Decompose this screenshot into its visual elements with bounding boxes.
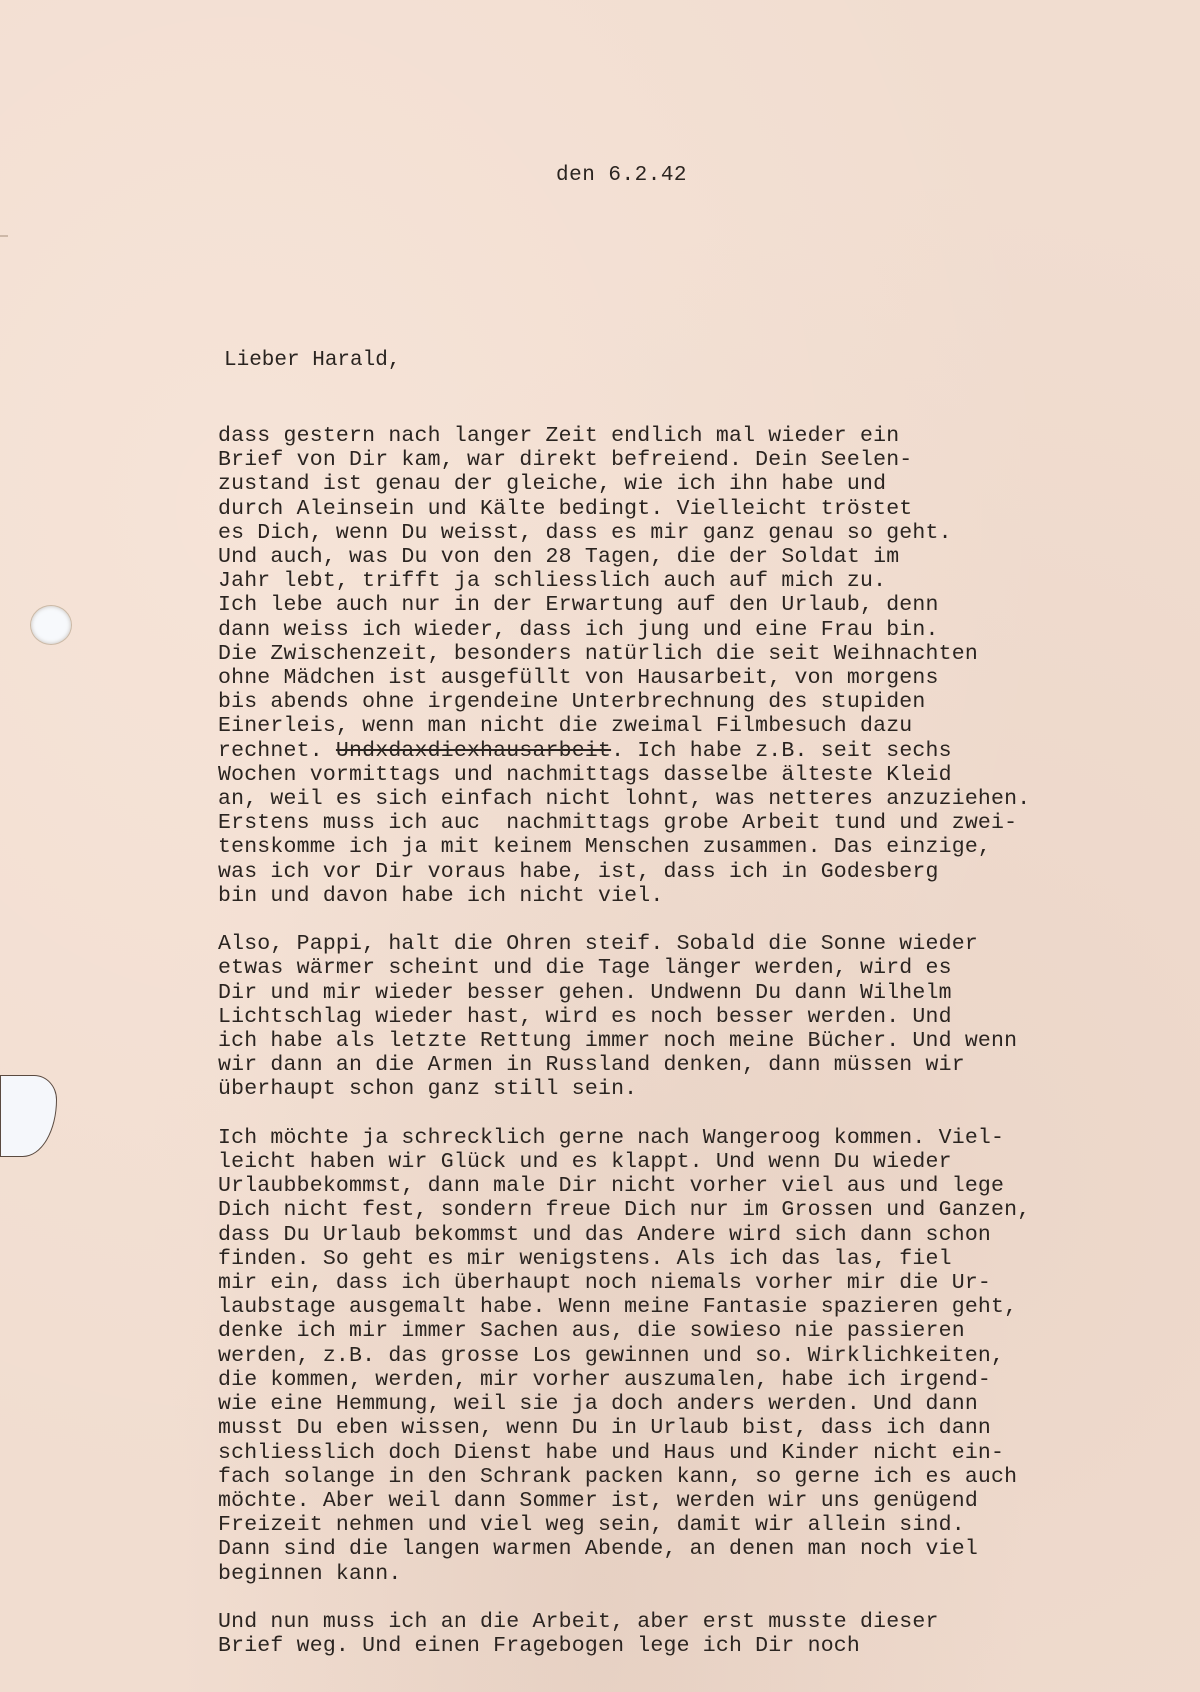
text-line: Dann sind die langen warmen Abende, an d… (218, 1537, 1178, 1561)
paragraph-1: dass gestern nach langer Zeit endlich ma… (218, 424, 1178, 908)
text-line: rechnet. Undxdaxdiexhausarbeit. Ich habe… (218, 739, 1178, 763)
salutation: Lieber Harald, (224, 349, 400, 372)
text-line: Die Zwischenzeit, besonders natürlich di… (218, 642, 1178, 666)
text-line: beginnen kann. (218, 1562, 1178, 1586)
text-line: dass gestern nach langer Zeit endlich ma… (218, 424, 1178, 448)
text-line: Dich nicht fest, sondern freue Dich nur … (218, 1198, 1178, 1222)
text-line: wie eine Hemmung, weil sie ja doch ander… (218, 1392, 1178, 1416)
text-line: Und nun muss ich an die Arbeit, aber ers… (218, 1610, 1178, 1634)
text-line: mir ein, dass ich überhaupt noch niemals… (218, 1271, 1178, 1295)
text-line: die kommen, werden, mir vorher auszumale… (218, 1368, 1178, 1392)
text-line: dann weiss ich wieder, dass ich jung und… (218, 618, 1178, 642)
text-line: überhaupt schon ganz still sein. (218, 1077, 1178, 1101)
text-line: Ich lebe auch nur in der Erwartung auf d… (218, 593, 1178, 617)
text-line: denke ich mir immer Sachen aus, die sowi… (218, 1319, 1178, 1343)
text-line: ohne Mädchen ist ausgefüllt von Hausarbe… (218, 666, 1178, 690)
text-line: fach solange in den Schrank packen kann,… (218, 1465, 1178, 1489)
text-line: Jahr lebt, trifft ja schliesslich auch a… (218, 569, 1178, 593)
text-line: bin und davon habe ich nicht viel. (218, 884, 1178, 908)
letter-body: dass gestern nach langer Zeit endlich ma… (218, 424, 1178, 1683)
text-line: Urlaubbekommst, dann male Dir nicht vorh… (218, 1174, 1178, 1198)
text-line: Brief von Dir kam, war direkt befreiend.… (218, 448, 1178, 472)
paper-tear (0, 1075, 57, 1157)
paragraph-3: Ich möchte ja schrecklich gerne nach Wan… (218, 1126, 1178, 1586)
text-line: möchte. Aber weil dann Sommer ist, werde… (218, 1489, 1178, 1513)
text-line: wir dann an die Armen in Russland denken… (218, 1053, 1178, 1077)
paper-mark (0, 235, 8, 237)
text-line: es Dich, wenn Du weisst, dass es mir gan… (218, 521, 1178, 545)
text-line: Erstens muss ich auc nachmittags grobe A… (218, 811, 1178, 835)
text-line: finden. So geht es mir wenigstens. Als i… (218, 1247, 1178, 1271)
text-line: musst Du eben wissen, wenn Du in Urlaub … (218, 1416, 1178, 1440)
text-line: Brief weg. Und einen Fragebogen lege ich… (218, 1634, 1178, 1658)
paper-hole (30, 605, 72, 645)
text-line: werden, z.B. das grosse Los gewinnen und… (218, 1344, 1178, 1368)
text-line: Dir und mir wieder besser gehen. Undwenn… (218, 981, 1178, 1005)
text-line: Ich möchte ja schrecklich gerne nach Wan… (218, 1126, 1178, 1150)
text-line: tenskomme ich ja mit keinem Menschen zus… (218, 835, 1178, 859)
text-line: Lichtschlag wieder hast, wird es noch be… (218, 1005, 1178, 1029)
text-line: leicht haben wir Glück und es klappt. Un… (218, 1150, 1178, 1174)
paragraph-4: Und nun muss ich an die Arbeit, aber ers… (218, 1610, 1178, 1658)
letter-date: den 6.2.42 (556, 164, 687, 187)
text-line: an, weil es sich einfach nicht lohnt, wa… (218, 787, 1178, 811)
text-line: dass Du Urlaub bekommst und das Andere w… (218, 1223, 1178, 1247)
text-line: bis abends ohne irgendeine Unterbrechnun… (218, 690, 1178, 714)
struck-out-text: Undxdaxdiexhausarbeit (336, 739, 611, 763)
letter-page: den 6.2.42 Lieber Harald, dass gestern n… (0, 0, 1200, 1692)
text-line: laubstage ausgemalt habe. Wenn meine Fan… (218, 1295, 1178, 1319)
text-line: ich habe als letzte Rettung immer noch m… (218, 1029, 1178, 1053)
text-line: etwas wärmer scheint und die Tage länger… (218, 956, 1178, 980)
paragraph-2: Also, Pappi, halt die Ohren steif. Sobal… (218, 932, 1178, 1101)
text-line: Wochen vormittags und nachmittags dassel… (218, 763, 1178, 787)
text-line: was ich vor Dir voraus habe, ist, dass i… (218, 860, 1178, 884)
text-line: Freizeit nehmen und viel weg sein, damit… (218, 1513, 1178, 1537)
text-line: Und auch, was Du von den 28 Tagen, die d… (218, 545, 1178, 569)
text-line: zustand ist genau der gleiche, wie ich i… (218, 472, 1178, 496)
text-line: schliesslich doch Dienst habe und Haus u… (218, 1441, 1178, 1465)
text-line: Einerleis, wenn man nicht die zweimal Fi… (218, 714, 1178, 738)
text-line: Also, Pappi, halt die Ohren steif. Sobal… (218, 932, 1178, 956)
text-line: durch Aleinsein und Kälte bedingt. Viell… (218, 497, 1178, 521)
